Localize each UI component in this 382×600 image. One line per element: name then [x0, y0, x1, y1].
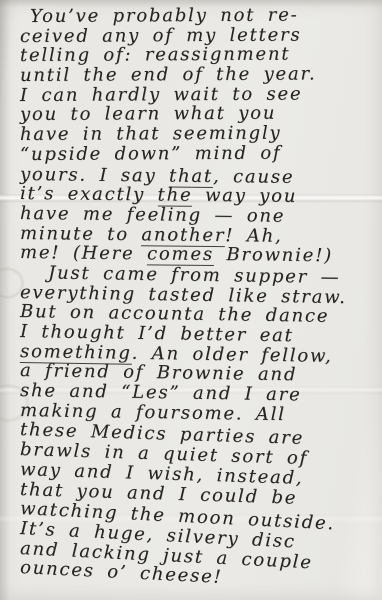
text-segment: way you	[192, 185, 297, 207]
handwriting-line: until the end of the year.	[20, 64, 380, 86]
handwriting-line: telling of: reassignment	[20, 44, 380, 66]
handwriting-line: “upside down” mind of	[20, 143, 380, 165]
handwriting-line: you to learn what you	[20, 104, 380, 126]
text-segment: me! (Here	[20, 242, 147, 264]
handwriting-line: have in that seemingly	[20, 123, 380, 145]
text-segment: , cause	[213, 166, 295, 188]
underlined-word: comes	[147, 244, 214, 267]
text-segment: “upside down” mind of	[20, 142, 282, 164]
text-segment: ! Ah,	[225, 225, 282, 247]
text-segment: Brownie!)	[214, 244, 333, 266]
text-segment: have in that seemingly	[20, 123, 282, 145]
letter-lines: You’ve probably not re-ceived any of my …	[0, 0, 382, 600]
text-segment: You’ve probably not re-	[30, 5, 299, 27]
letter-page: You’ve probably not re-ceived any of my …	[0, 0, 382, 600]
handwriting-line: You’ve probably not re-	[20, 5, 380, 27]
text-segment: until the end of the year.	[20, 64, 317, 87]
